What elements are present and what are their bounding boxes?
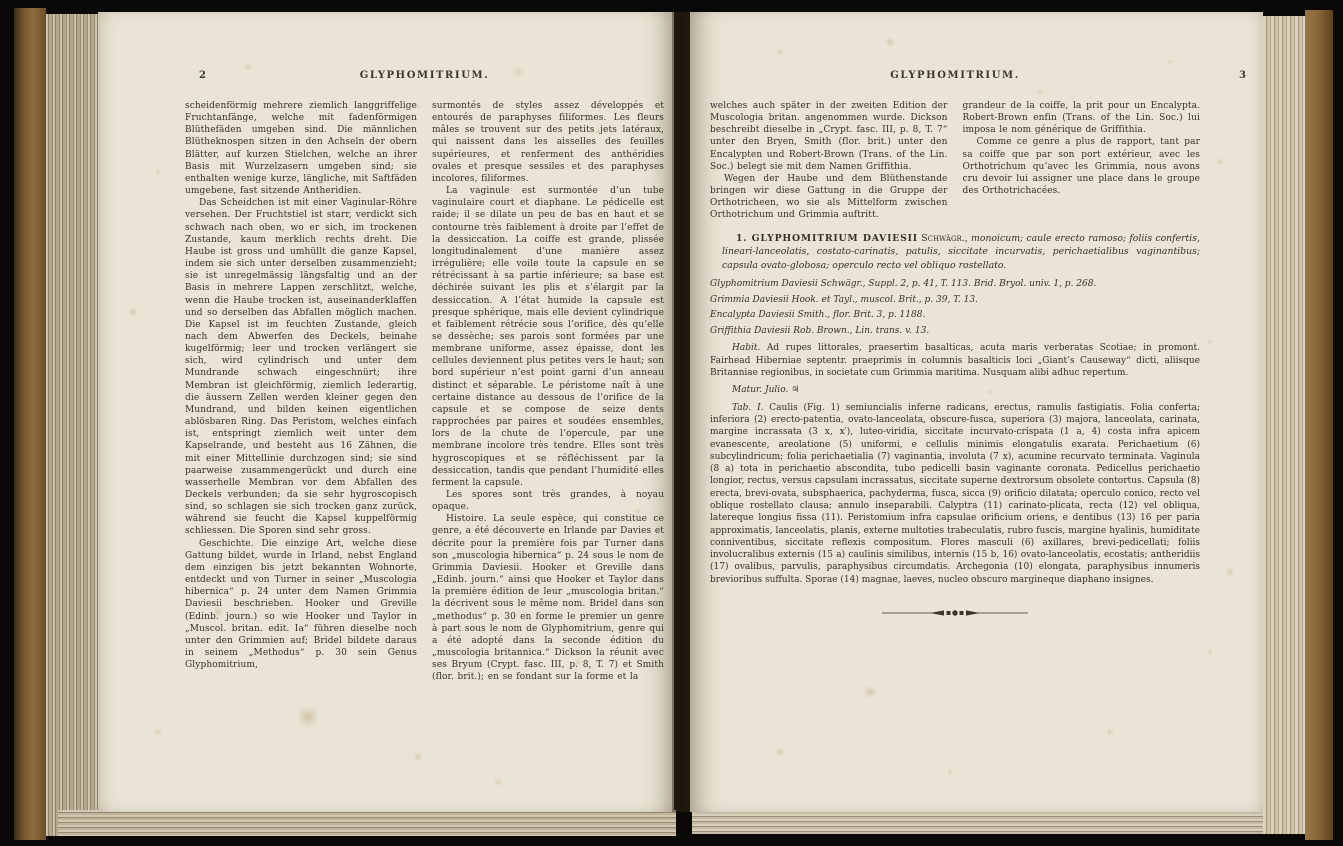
paragraph-german: Wegen der Haube und dem Blüthenstande br…	[710, 173, 948, 222]
left-page-header: 2 GLYPHOMITRIUM.	[185, 70, 664, 88]
page-number-left: 2	[199, 70, 206, 81]
right-page: GLYPHOMITRIUM. 3 welches auch später in …	[690, 12, 1263, 812]
species-heading: 1. GLYPHOMITRIUM DAVIESII Schwägr., mono…	[710, 232, 1200, 273]
paragraph-french: La vaginule est surmontée d’un tube vagi…	[432, 185, 664, 489]
book-gutter-shadow	[672, 12, 692, 812]
paragraph-french: grandeur de la coiffe, la prit pour un E…	[963, 100, 1201, 136]
paragraph-german: Das Scheidchen ist mit einer Vaginular-R…	[185, 197, 417, 537]
left-page-german-column: scheidenförmig mehrere ziemlich langgrif…	[185, 100, 417, 684]
book-cover-left-edge	[14, 8, 46, 840]
running-head-right: GLYPHOMITRIUM.	[710, 70, 1200, 81]
paragraph-french-spores: Les spores sont très grandes, à noyau op…	[432, 489, 664, 513]
paragraph-german-geschichte: Geschichte. Die einzige Art, welche dies…	[185, 538, 417, 672]
species-author: Schwägr.,	[921, 233, 968, 244]
maturation-line: Matur. Julio. ♃	[710, 384, 1200, 396]
paragraph-german: welches auch später in der zweiten Editi…	[710, 100, 948, 173]
habitat-paragraph: Habit. Ad rupes littorales, praesertim b…	[710, 342, 1200, 379]
paragraph-french-histoire: Histoire. La seule espèce, qui constitue…	[432, 513, 664, 683]
right-page-french-column: grandeur de la coiffe, la prit pour un E…	[963, 100, 1201, 222]
open-book-photo: 2 GLYPHOMITRIUM. scheidenförmig mehrere …	[0, 0, 1343, 846]
section-divider	[710, 602, 1200, 621]
paragraph-french: surmontés de styles assez développés et …	[432, 100, 664, 185]
left-page-columns: scheidenförmig mehrere ziemlich langgrif…	[185, 100, 664, 684]
habitat-label: Habit.	[732, 343, 760, 353]
page-stack-edges-left	[46, 14, 98, 836]
species-section: 1. GLYPHOMITRIUM DAVIESII Schwägr., mono…	[710, 232, 1200, 622]
synonym-line: Glyphomitrium Daviesii Schwägr., Suppl. …	[710, 278, 1200, 291]
right-page-header: GLYPHOMITRIUM. 3	[710, 70, 1200, 88]
habitat-text: Ad rupes littorales, praesertim basaltic…	[710, 343, 1200, 378]
synonym-line: Encalypta Daviesii Smith., flor. Brit. 3…	[710, 309, 1200, 322]
paragraph-german: scheidenförmig mehrere ziemlich langgrif…	[185, 100, 417, 197]
running-head-left: GLYPHOMITRIUM.	[185, 70, 664, 81]
right-page-textblock: GLYPHOMITRIUM. 3 welches auch später in …	[710, 70, 1200, 621]
synonym-line: Griffithia Daviesii Rob. Brown., Lin. tr…	[710, 325, 1200, 338]
divider-ornament-icon	[880, 607, 1030, 619]
left-page-french-column: surmontés de styles assez développés et …	[432, 100, 664, 684]
plate-label: Tab. I.	[732, 403, 764, 413]
plate-description-paragraph: Tab. I. Caulis (Fig. 1) semiuncialis inf…	[710, 402, 1200, 586]
right-page-columns: welches auch später in der zweiten Editi…	[710, 100, 1200, 222]
species-name: 1. GLYPHOMITRIUM DAVIESII	[736, 233, 918, 244]
plate-description-text: Caulis (Fig. 1) semiuncialis inferne rad…	[710, 403, 1200, 585]
book-cover-right-edge	[1305, 10, 1333, 840]
page-stack-edges-right	[1263, 16, 1305, 834]
paragraph-french: Comme ce genre a plus de rapport, tant p…	[963, 136, 1201, 197]
page-number-right: 3	[1239, 70, 1246, 81]
right-page-german-column: welches auch später in der zweiten Editi…	[710, 100, 948, 222]
left-page-textblock: 2 GLYPHOMITRIUM. scheidenförmig mehrere …	[185, 70, 664, 684]
left-page: 2 GLYPHOMITRIUM. scheidenförmig mehrere …	[98, 12, 674, 812]
page-stack-edges-bottom-left	[58, 810, 676, 836]
synonym-line: Grimmia Daviesii Hook. et Tayl., muscol.…	[710, 294, 1200, 307]
